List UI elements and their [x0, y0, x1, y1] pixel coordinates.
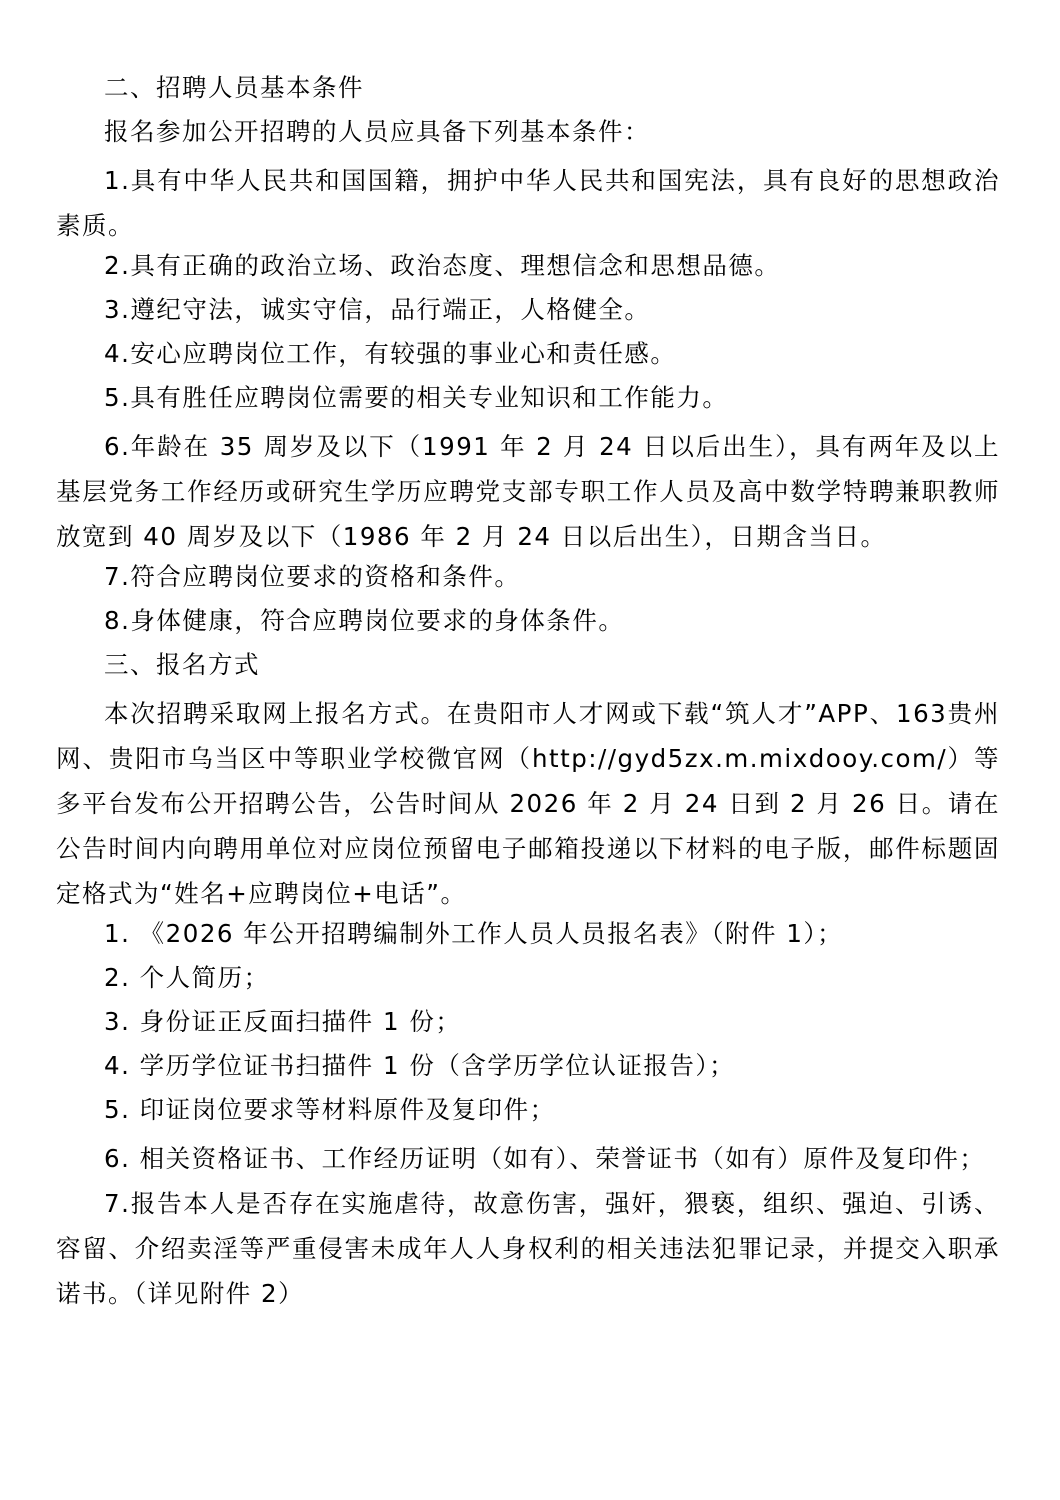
document-page: 二、招聘人员基本条件 报名参加公开招聘的人员应具备下列基本条件： 1.具有中华人… [0, 0, 1060, 1500]
list-item: 6.年龄在 35 周岁及以下（1991 年 2 月 24 日以后出生），具有两年… [56, 424, 1000, 559]
list-item: 5. 印证岗位要求等材料原件及复印件； [56, 1092, 1000, 1128]
list-item: 8.身体健康，符合应聘岗位要求的身体条件。 [56, 603, 1000, 639]
list-item: 4. 学历学位证书扫描件 1 份（含学历学位认证报告）； [56, 1048, 1000, 1084]
list-item: 4.安心应聘岗位工作，有较强的事业心和责任感。 [56, 336, 1000, 372]
section-heading: 三、报名方式 [56, 647, 1000, 683]
list-item: 3.遵纪守法，诚实守信，品行端正，人格健全。 [56, 292, 1000, 328]
list-item: 2. 个人简历； [56, 960, 1000, 996]
list-item: 7.符合应聘岗位要求的资格和条件。 [56, 559, 1000, 595]
section-intro: 本次招聘采取网上报名方式。在贵阳市人才网或下载“筑人才”APP、163贵州网、贵… [56, 691, 1000, 916]
list-item: 3. 身份证正反面扫描件 1 份； [56, 1004, 1000, 1040]
section-heading: 二、招聘人员基本条件 [56, 70, 1000, 106]
section-intro: 报名参加公开招聘的人员应具备下列基本条件： [56, 114, 1000, 150]
list-item: 2.具有正确的政治立场、政治态度、理想信念和思想品德。 [56, 248, 1000, 284]
list-item: 1.具有中华人民共和国国籍，拥护中华人民共和国宪法，具有良好的思想政治素质。 [56, 158, 1000, 248]
list-item: 1. 《2026 年公开招聘编制外工作人员人员报名表》（附件 1）； [56, 916, 1000, 952]
list-item: 6. 相关资格证书、工作经历证明（如有）、荣誉证书（如有）原件及复印件； [56, 1136, 1000, 1181]
list-item: 7.报告本人是否存在实施虐待，故意伤害，强奸，猥亵，组织、强迫、引诱、容留、介绍… [56, 1181, 1000, 1316]
document-body: 二、招聘人员基本条件 报名参加公开招聘的人员应具备下列基本条件： 1.具有中华人… [56, 70, 1000, 1316]
list-item: 5.具有胜任应聘岗位需要的相关专业知识和工作能力。 [56, 380, 1000, 416]
